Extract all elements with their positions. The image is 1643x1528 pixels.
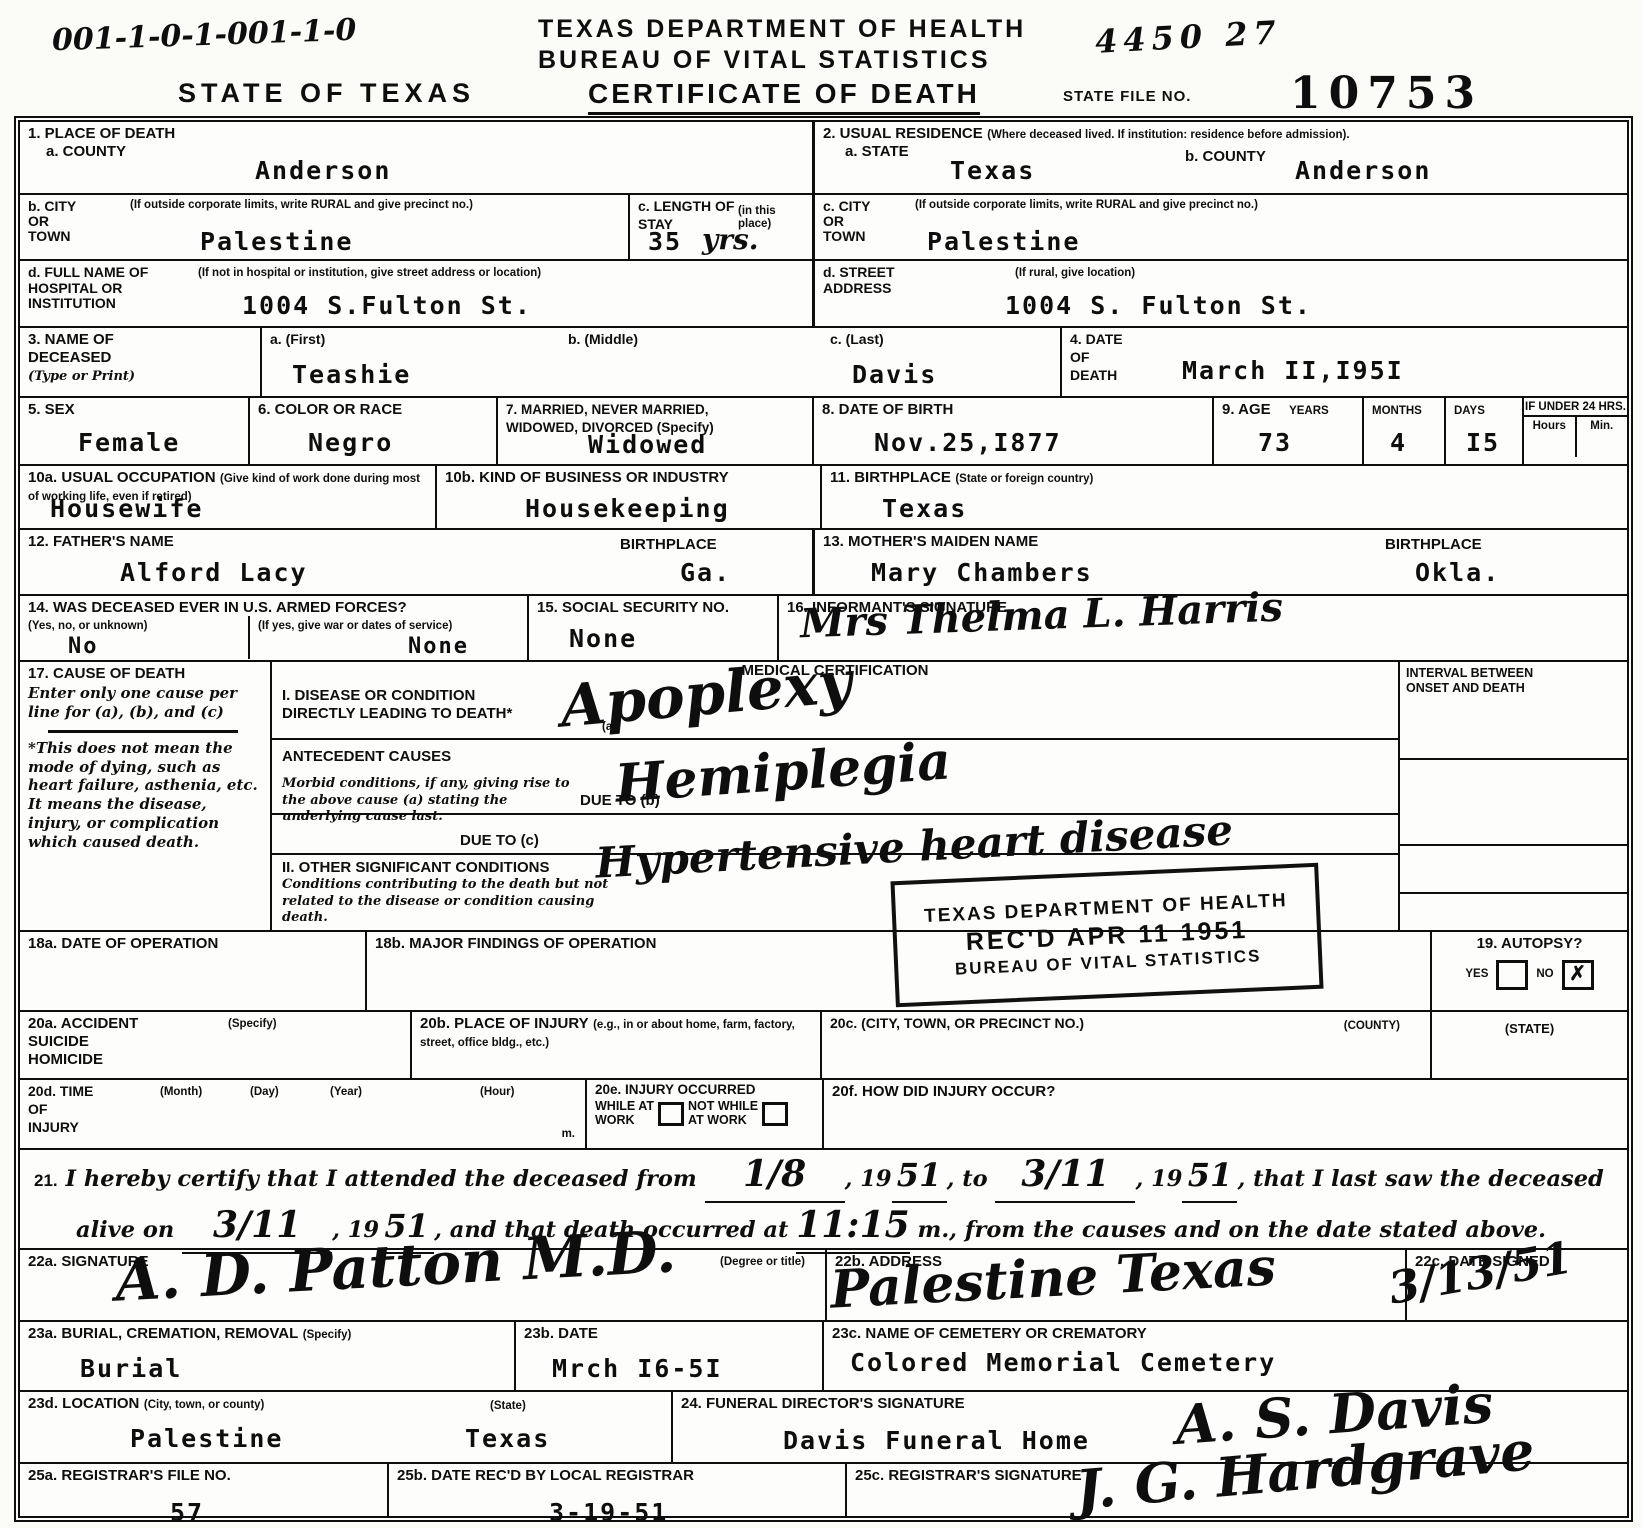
- row-operation-autopsy: 18a. DATE OF OPERATION 18b. MAJOR FINDIN…: [20, 930, 1627, 1010]
- row-armed-ssn-informant: 14. WAS DECEASED EVER IN U.S. ARMED FORC…: [20, 594, 1627, 660]
- field-armed-forces: 14. WAS DECEASED EVER IN U.S. ARMED FORC…: [20, 596, 527, 660]
- autopsy-no-checkbox: ✗: [1562, 960, 1594, 990]
- field-middle-name: b. (Middle): [560, 328, 822, 396]
- informant-label: 16. INFORMANT'S SIGNATURE: [787, 599, 1007, 616]
- state-file-no-value: 10753: [1290, 68, 1483, 119]
- last-seen-date-handwriting: 3/11: [213, 1204, 301, 1246]
- field-time-of-injury: 20d. TIME OF INJURY (Month) (Day) (Year)…: [20, 1080, 585, 1148]
- certify-text-4: alive on: [76, 1217, 174, 1243]
- place-city-value: Palestine: [200, 227, 353, 256]
- cemetery-value: Colored Memorial Cemetery: [850, 1348, 1276, 1377]
- usual-residence-section: 2. USUAL RESIDENCE (Where deceased lived…: [812, 122, 1627, 326]
- field-age-months: MONTHS 4: [1362, 398, 1444, 464]
- field-age-days: DAYS I5: [1444, 398, 1522, 464]
- field-age-under24: IF UNDER 24 HRS. Hours Min.: [1522, 398, 1627, 464]
- last-name-value: Davis: [852, 360, 937, 389]
- injury-meridiem-label: m.: [562, 1128, 575, 1142]
- burial-date-label: 23b. DATE: [524, 1325, 598, 1342]
- antecedent-causes-label: ANTECEDENT CAUSES: [282, 748, 451, 765]
- occupation-value: Housewife: [50, 494, 203, 523]
- field-date-of-birth: 8. DATE OF BIRTH Nov.25,I877: [812, 398, 1212, 464]
- row-injury-place: 20a. ACCIDENT SUICIDE HOMICIDE (Specify)…: [20, 1010, 1627, 1078]
- residence-title: 2. USUAL RESIDENCE: [823, 125, 983, 142]
- field-registrar-signature: 25c. REGISTRAR'S SIGNATURE: [845, 1464, 1627, 1516]
- row-physician-signature: 22a. SIGNATURE (Degree or title) 22b. AD…: [20, 1248, 1627, 1320]
- residence-city-label: c. CITY OR TOWN: [823, 199, 870, 245]
- attended-from-year-handwriting: 51: [897, 1156, 942, 1194]
- length-of-stay-number: 35: [648, 227, 682, 256]
- field-date-signed: 22c. DATE SIGNED: [1405, 1250, 1627, 1320]
- field-first-name: a. (First) Teashie: [260, 328, 560, 396]
- field-length-of-stay: c. LENGTH OF STAY (in this place) 35 yrs…: [628, 195, 812, 260]
- armed-forces-value1: No: [68, 634, 99, 659]
- received-stamp: TEXAS DEPARTMENT OF HEALTH REC'D APR 11 …: [890, 863, 1323, 1008]
- medical-certification-title: MEDICAL CERTIFICATION: [272, 662, 1398, 683]
- handwritten-index-code: 001-1-0-1-001-1-0: [51, 13, 356, 59]
- attended-to-year-handwriting: 51: [1188, 1156, 1233, 1194]
- age-years-label: YEARS: [1289, 405, 1329, 417]
- row-registrar: 25a. REGISTRAR'S FILE NO. 57 25b. DATE R…: [20, 1462, 1627, 1516]
- field-burial-type: 23a. BURIAL, CREMATION, REMOVAL (Specify…: [20, 1322, 514, 1390]
- field-place-county: 1. PLACE OF DEATH a. COUNTY Anderson: [20, 122, 812, 193]
- field-color-race: 6. COLOR OR RACE Negro: [248, 398, 496, 464]
- row-injury-time: 20d. TIME OF INJURY (Month) (Day) (Year)…: [20, 1078, 1627, 1148]
- how-injury-label: 20f. HOW DID INJURY OCCUR?: [832, 1083, 1055, 1100]
- field-physician-address: 22b. ADDRESS: [825, 1250, 1405, 1320]
- field-registrar-date: 25b. DATE REC'D BY LOCAL REGISTRAR 3-19-…: [387, 1464, 845, 1516]
- injury-state-label: (STATE): [1440, 1021, 1619, 1037]
- residence-county-label: b. COUNTY: [1185, 148, 1266, 165]
- field-residence-street: d. STREET ADDRESS (If rural, give locati…: [815, 261, 1627, 326]
- dob-label: 8. DATE OF BIRTH: [822, 401, 953, 418]
- field-injury-occurred: 20e. INJURY OCCURRED WHILE AT WORK NOT W…: [585, 1080, 822, 1148]
- field-physician-signature: 22a. SIGNATURE (Degree or title): [20, 1250, 825, 1320]
- field-date-of-death: 4. DATE OF DEATH March II,I95I: [1060, 328, 1627, 396]
- residence-street-value: 1004 S. Fulton St.: [1005, 291, 1312, 320]
- certify-text-3: , that I last saw the deceased: [1237, 1166, 1603, 1192]
- registrar-date-value: 3-19-51: [549, 1498, 668, 1527]
- burial-date-value: Mrch I6-5I: [552, 1354, 723, 1383]
- last-name-label: c. (Last): [830, 331, 884, 347]
- disease-leading-label: I. DISEASE OR CONDITION DIRECTLY LEADING…: [282, 687, 512, 722]
- department-line2: BUREAU OF VITAL STATISTICS: [538, 45, 1026, 76]
- cause-note1: Enter only one cause per line for (a), (…: [28, 684, 262, 722]
- dob-value: Nov.25,I877: [874, 428, 1062, 457]
- field-sex: 5. SEX Female: [20, 398, 248, 464]
- interval-label: INTERVAL BETWEEN ONSET AND DEATH: [1406, 666, 1621, 696]
- not-while-at-work-checkbox: [762, 1102, 788, 1126]
- certificate-body: 1. PLACE OF DEATH a. COUNTY Anderson b. …: [14, 116, 1633, 1522]
- armed-forces-label: 14. WAS DECEASED EVER IN U.S. ARMED FORC…: [20, 596, 527, 616]
- field-place-city: b. CITY OR TOWN (If outside corporate li…: [20, 195, 628, 260]
- injury-county-label: (COUNTY): [1344, 1020, 1400, 1034]
- funeral-director-label: 24. FUNERAL DIRECTOR'S SIGNATURE: [681, 1395, 965, 1412]
- while-at-work-label: WHILE AT WORK: [595, 1100, 654, 1128]
- field-burial-date: 23b. DATE Mrch I6-5I: [514, 1322, 822, 1390]
- place-county-label: a. COUNTY: [46, 143, 126, 160]
- residence-title-fine: (Where deceased lived. If institution: r…: [987, 129, 1349, 141]
- hospital-value: 1004 S.Fulton St.: [242, 291, 532, 320]
- armed-forces-fine2: (If yes, give war or dates of service): [258, 620, 452, 632]
- certify-text-1: I hereby certify that I attended the dec…: [65, 1166, 696, 1192]
- field-age-years: 9. AGE YEARS 73: [1212, 398, 1362, 464]
- age-days-value: I5: [1466, 428, 1500, 457]
- sex-label: 5. SEX: [28, 401, 75, 418]
- ssn-label: 15. SOCIAL SECURITY NO.: [537, 599, 729, 616]
- place-of-death-title: 1. PLACE OF DEATH: [28, 125, 175, 142]
- mother-value: Mary Chambers: [871, 558, 1093, 587]
- registrar-file-label: 25a. REGISTRAR'S FILE NO.: [28, 1467, 231, 1484]
- due-to-b-tag: DUE TO (b): [580, 792, 660, 809]
- field-business: 10b. KIND OF BUSINESS OR INDUSTRY Housek…: [435, 466, 820, 528]
- field-accident-suicide: 20a. ACCIDENT SUICIDE HOMICIDE (Specify): [20, 1012, 410, 1078]
- certify-year-2: , 19: [1135, 1166, 1182, 1192]
- father-label: 12. FATHER'S NAME: [28, 533, 174, 550]
- autopsy-yes-label: YES: [1465, 968, 1488, 982]
- certificate-header: 001-1-0-1-001-1-0 TEXAS DEPARTMENT OF HE…: [0, 0, 1643, 118]
- middle-name-label: b. (Middle): [568, 331, 638, 347]
- place-of-injury-label: 20b. PLACE OF INJURY: [420, 1015, 589, 1032]
- degree-title-fine: (Degree or title): [720, 1256, 805, 1270]
- field-residence-city: c. CITY OR TOWN (If outside corporate li…: [815, 195, 1627, 260]
- time-of-injury-label: 20d. TIME OF INJURY: [28, 1083, 93, 1135]
- field-autopsy: 19. AUTOPSY? YES NO ✗: [1430, 932, 1627, 1010]
- certify-year-1: , 19: [845, 1166, 892, 1192]
- last-seen-year-handwriting: 51: [384, 1207, 429, 1245]
- age-months-value: 4: [1390, 428, 1407, 457]
- row-occupation: 10a. USUAL OCCUPATION (Give kind of work…: [20, 464, 1627, 528]
- autopsy-yes-checkbox: [1496, 960, 1528, 990]
- field-residence-state-county: 2. USUAL RESIDENCE (Where deceased lived…: [815, 122, 1627, 193]
- date-of-death-label: 4. DATE OF DEATH: [1070, 331, 1123, 383]
- state-file-no-label: STATE FILE NO.: [1063, 88, 1191, 105]
- hours-label: Hours: [1524, 417, 1577, 457]
- handwritten-batch-number: 4450 27: [1094, 13, 1282, 61]
- cause-a-tag: (a): [602, 721, 616, 735]
- mother-birthplace-value: Okla.: [1415, 558, 1500, 587]
- field-occupation: 10a. USUAL OCCUPATION (Give kind of work…: [20, 466, 435, 528]
- sex-value: Female: [78, 428, 180, 457]
- color-race-value: Negro: [308, 428, 393, 457]
- attended-to-date-handwriting: 3/11: [1021, 1153, 1109, 1195]
- field-informant: 16. INFORMANT'S SIGNATURE: [777, 596, 1627, 660]
- field-mother: 13. MOTHER'S MAIDEN NAME Mary Chambers B…: [812, 530, 1627, 594]
- field-certify-statement: 21. I hereby certify that I attended the…: [20, 1150, 1627, 1248]
- residence-city-value: Palestine: [927, 227, 1080, 256]
- father-value: Alford Lacy: [120, 558, 308, 587]
- field-burial-location: 23d. LOCATION (City, town, or county) (S…: [20, 1392, 671, 1462]
- row-parents: 12. FATHER'S NAME Alford Lacy BIRTHPLACE…: [20, 528, 1627, 594]
- armed-forces-fine1: (Yes, no, or unknown): [28, 620, 147, 632]
- certify-text-6: m., from the causes and on the date stat…: [918, 1217, 1546, 1243]
- hospital-label: d. FULL NAME OF HOSPITAL OR INSTITUTION: [28, 265, 148, 311]
- injury-occurred-label: 20e. INJURY OCCURRED: [595, 1083, 814, 1098]
- registrar-date-label: 25b. DATE REC'D BY LOCAL REGISTRAR: [397, 1467, 694, 1484]
- accident-specify-fine: (Specify): [228, 1018, 277, 1032]
- length-of-stay-unit-handwriting: yrs.: [702, 223, 759, 256]
- burial-state-fine: (State): [490, 1400, 526, 1414]
- field-registrar-file: 25a. REGISTRAR'S FILE NO. 57: [20, 1464, 387, 1516]
- cause-title: 17. CAUSE OF DEATH: [28, 665, 262, 682]
- other-significant-fine: Conditions contributing to the death but…: [282, 877, 612, 926]
- injury-year-label: (Year): [330, 1086, 362, 1100]
- row-medical-certification: 17. CAUSE OF DEATH Enter only one cause …: [20, 660, 1627, 930]
- date-signed-label: 22c. DATE SIGNED: [1415, 1253, 1550, 1270]
- mother-birthplace-label: BIRTHPLACE: [1385, 536, 1482, 553]
- interval-column: INTERVAL BETWEEN ONSET AND DEATH: [1398, 662, 1627, 930]
- age-label: 9. AGE: [1222, 401, 1271, 418]
- field-marital-status: 7. MARRIED, NEVER MARRIED, WIDOWED, DIVO…: [496, 398, 812, 464]
- autopsy-no-checkmark: ✗: [1569, 963, 1586, 985]
- signature-label: 22a. SIGNATURE: [28, 1253, 149, 1270]
- injury-city-label: 20c. (CITY, TOWN, OR PRECINCT NO.): [830, 1015, 1084, 1031]
- field-hospital-name: d. FULL NAME OF HOSPITAL OR INSTITUTION …: [20, 261, 812, 326]
- field-ssn: 15. SOCIAL SECURITY NO. None: [527, 596, 777, 660]
- registrar-signature-label: 25c. REGISTRAR'S SIGNATURE: [855, 1467, 1082, 1484]
- place-county-value: Anderson: [255, 156, 391, 185]
- birthplace-value: Texas: [882, 494, 967, 523]
- burial-location-fine: (City, town, or county): [144, 1399, 265, 1411]
- while-at-work-checkbox: [658, 1102, 684, 1126]
- burial-value: Burial: [80, 1354, 182, 1383]
- injury-hour-label: (Hour): [480, 1086, 515, 1100]
- residence-city-fine: (If outside corporate limits, write RURA…: [915, 199, 1535, 213]
- marital-value: Widowed: [588, 430, 707, 459]
- address-label: 22b. ADDRESS: [835, 1253, 942, 1270]
- burial-location-label: 23d. LOCATION: [28, 1395, 139, 1412]
- autopsy-label: 19. AUTOPSY?: [1440, 935, 1619, 952]
- field-father: 12. FATHER'S NAME Alford Lacy BIRTHPLACE…: [20, 530, 812, 594]
- ssn-value: None: [569, 624, 637, 653]
- department-line1: TEXAS DEPARTMENT OF HEALTH: [538, 14, 1026, 45]
- place-of-death-section: 1. PLACE OF DEATH a. COUNTY Anderson b. …: [20, 122, 812, 326]
- residence-state-label: a. STATE: [845, 143, 909, 160]
- birthplace-label: 11. BIRTHPLACE: [830, 469, 951, 486]
- cause-note2: *This does not mean the mode of dying, s…: [28, 739, 262, 852]
- armed-forces-value2: None: [408, 634, 469, 659]
- cemetery-label: 23c. NAME OF CEMETERY OR CREMATORY: [832, 1325, 1147, 1342]
- certify-year-3: , 19: [332, 1217, 379, 1243]
- birthplace-fine: (State or foreign country): [955, 473, 1093, 485]
- death-certificate-scan: 001-1-0-1-001-1-0 TEXAS DEPARTMENT OF HE…: [0, 0, 1643, 1528]
- age-years-value: 73: [1258, 428, 1292, 457]
- date-of-operation-label: 18a. DATE OF OPERATION: [28, 935, 218, 952]
- certificate-title: CERTIFICATE OF DEATH: [588, 78, 980, 115]
- field-date-of-operation: 18a. DATE OF OPERATION: [20, 932, 365, 1010]
- residence-state-value: Texas: [950, 156, 1035, 185]
- field-injury-city: 20c. (CITY, TOWN, OR PRECINCT NO.) (COUN…: [820, 1012, 1430, 1078]
- row-physician-certification: 21. I hereby certify that I attended the…: [20, 1148, 1627, 1248]
- row-sex-race-age: 5. SEX Female 6. COLOR OR RACE Negro 7. …: [20, 396, 1627, 464]
- row-location-funeral: 23d. LOCATION (City, town, or county) (S…: [20, 1390, 1627, 1462]
- age-months-label: MONTHS: [1372, 405, 1422, 417]
- residence-street-label: d. STREET ADDRESS: [823, 265, 895, 296]
- father-birthplace-value: Ga.: [680, 558, 731, 587]
- certify-item-number: 21.: [34, 1171, 58, 1190]
- residence-county-value: Anderson: [1295, 156, 1431, 185]
- cause-of-death-sidebar: 17. CAUSE OF DEATH Enter only one cause …: [20, 662, 270, 930]
- type-or-print-fine: (Type or Print): [28, 369, 135, 384]
- field-place-of-injury: 20b. PLACE OF INJURY (e.g., in or about …: [410, 1012, 820, 1078]
- injury-day-label: (Day): [250, 1086, 279, 1100]
- row-name-dod: 3. NAME OF DECEASED (Type or Print) a. (…: [20, 326, 1627, 396]
- field-how-injury-occurred: 20f. HOW DID INJURY OCCUR?: [822, 1080, 1627, 1148]
- residence-street-fine: (If rural, give location): [1015, 267, 1135, 281]
- business-label: 10b. KIND OF BUSINESS OR INDUSTRY: [445, 469, 729, 486]
- state-of-texas-label: STATE OF TEXAS: [178, 78, 475, 109]
- accident-label: 20a. ACCIDENT SUICIDE HOMICIDE: [28, 1015, 138, 1068]
- burial-city-value: Palestine: [130, 1424, 283, 1453]
- burial-specify-fine: (Specify): [303, 1329, 352, 1341]
- other-significant-label: II. OTHER SIGNIFICANT CONDITIONS: [282, 859, 550, 876]
- place-city-label: b. CITY OR TOWN: [28, 199, 76, 245]
- burial-state-value: Texas: [465, 1424, 550, 1453]
- row-place-residence: 1. PLACE OF DEATH a. COUNTY Anderson b. …: [20, 122, 1627, 326]
- row-burial: 23a. BURIAL, CREMATION, REMOVAL (Specify…: [20, 1320, 1627, 1390]
- business-value: Housekeeping: [525, 494, 730, 523]
- hospital-fine-print: (If not in hospital or institution, give…: [198, 267, 758, 281]
- field-cemetery: 23c. NAME OF CEMETERY OR CREMATORY Color…: [822, 1322, 1627, 1390]
- field-last-name: c. (Last) Davis: [822, 328, 1060, 396]
- not-while-at-work-label: NOT WHILE AT WORK: [688, 1100, 758, 1128]
- field-name-label: 3. NAME OF DECEASED (Type or Print): [20, 328, 260, 396]
- color-race-label: 6. COLOR OR RACE: [258, 401, 402, 418]
- age-days-label: DAYS: [1454, 405, 1485, 417]
- attended-from-date-handwriting: 1/8: [743, 1153, 806, 1195]
- minutes-label: Min.: [1577, 417, 1628, 457]
- first-name-value: Teashie: [292, 360, 411, 389]
- date-of-death-value: March II,I95I: [1182, 356, 1404, 385]
- certify-text-2: , to: [947, 1166, 988, 1192]
- field-birthplace: 11. BIRTHPLACE (State or foreign country…: [820, 466, 1627, 528]
- funeral-home-typed-value: Davis Funeral Home: [783, 1426, 1090, 1455]
- occupation-label: 10a. USUAL OCCUPATION: [28, 469, 216, 486]
- field-injury-state: (STATE): [1430, 1012, 1627, 1078]
- place-city-fine-print: (If outside corporate limits, write RURA…: [130, 199, 610, 213]
- mother-label: 13. MOTHER'S MAIDEN NAME: [823, 533, 1038, 550]
- name-of-deceased-label: 3. NAME OF DECEASED: [28, 331, 114, 366]
- father-birthplace-label: BIRTHPLACE: [620, 536, 717, 553]
- first-name-label: a. (First): [270, 331, 325, 347]
- injury-month-label: (Month): [160, 1086, 202, 1100]
- burial-label: 23a. BURIAL, CREMATION, REMOVAL: [28, 1325, 298, 1342]
- death-time-handwriting: 11:15: [796, 1204, 909, 1246]
- autopsy-no-label: NO: [1536, 968, 1553, 982]
- major-findings-label: 18b. MAJOR FINDINGS OF OPERATION: [375, 935, 656, 952]
- under-24-label: IF UNDER 24 HRS.: [1524, 398, 1627, 415]
- certify-text-5: , and that death occurred at: [434, 1217, 788, 1243]
- due-to-c-tag: DUE TO (c): [460, 832, 539, 849]
- registrar-file-value: 57: [170, 1498, 204, 1527]
- department-title: TEXAS DEPARTMENT OF HEALTH BUREAU OF VIT…: [538, 14, 1026, 77]
- field-funeral-director: 24. FUNERAL DIRECTOR'S SIGNATURE Davis F…: [671, 1392, 1627, 1462]
